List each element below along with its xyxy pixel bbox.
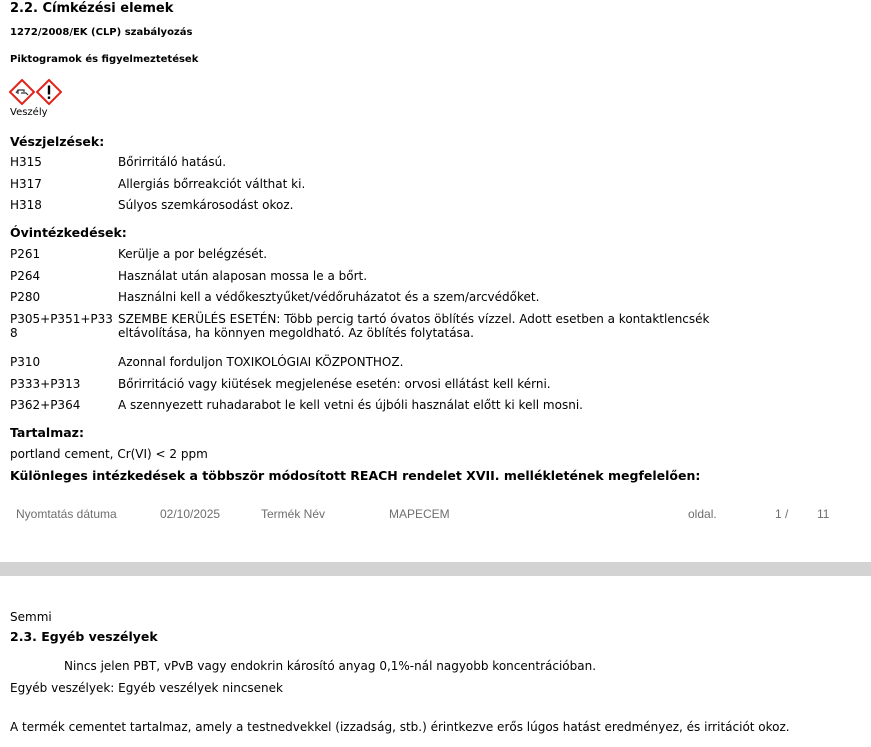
reach-value: Semmi [10,610,52,624]
page-current: 1 / [775,507,788,521]
corrosion-icon [9,79,35,105]
exclamation-icon [36,79,62,105]
regulation-heading: 1272/2008/EK (CLP) szabályozás [10,27,192,38]
section-2-3-title: 2.3. Egyéb veszélyek [10,629,158,644]
page-label: oldal. [688,507,717,521]
contains-value: portland cement, Cr(VI) < 2 ppm [10,447,208,461]
page-separator [0,562,871,576]
print-date-label: Nyomtatás dátuma [16,507,117,521]
page-total: 11 [817,507,829,521]
cement-note: A termék cementet tartalmaz, amely a tes… [10,720,790,734]
product-label: Termék Név [261,507,325,521]
hazard-statements-heading: Vészjelzések: [10,134,104,149]
print-date: 02/10/2025 [160,507,220,521]
section-2-2-title: 2.2. Címkézési elemek [10,1,173,16]
signal-word: Veszély [10,107,48,118]
product-name: MAPECEM [389,507,450,521]
pbt-statement: Nincs jelen PBT, vPvB vagy endokrin káro… [64,659,596,673]
contains-heading: Tartalmaz: [10,425,84,440]
precautionary-statements-heading: Óvintézkedések: [10,225,127,240]
other-hazards: Egyéb veszélyek: Egyéb veszélyek nincsen… [10,681,283,695]
reach-heading: Különleges intézkedések a többször módos… [10,468,700,483]
pictograms-heading: Piktogramok és figyelmeztetések [10,54,198,65]
